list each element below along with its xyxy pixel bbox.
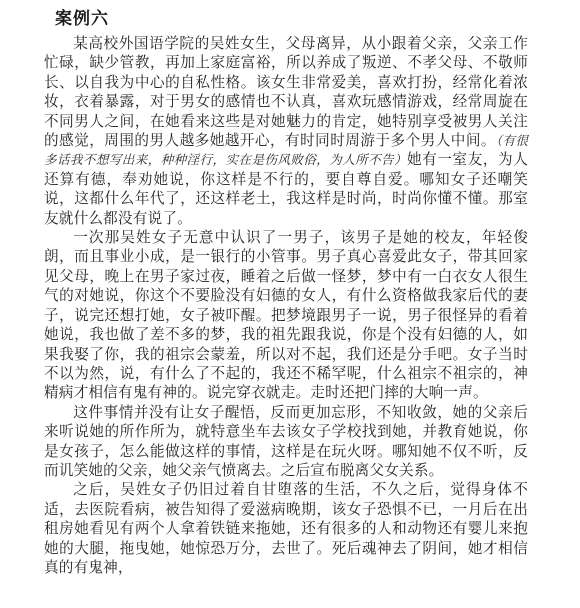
- document-title: 案例六: [55, 8, 528, 30]
- document-page: 案例六 某高校外国语学院的吴姓女生，父母离异，从小跟着父亲，父亲工作忙碌，缺少管…: [0, 0, 580, 608]
- paragraph-1: 某高校外国语学院的吴姓女生，父母离异，从小跟着父亲，父亲工作忙碌，缺少管教，再加…: [44, 35, 528, 229]
- paragraph-4: 之后，吴姓女子仍旧过着自甘堕落的生活，不久之后，觉得身体不适，去医院看病，被告知…: [44, 481, 528, 578]
- paragraph-2: 一次那吴姓女子无意中认识了一男子，该男子是她的校友，年轻俊朗，而且事业小成，是一…: [44, 229, 528, 404]
- paragraph-1-main: 某高校外国语学院的吴姓女生，父母离异，从小跟着父亲，父亲工作忙碌，缺少管教，再加…: [44, 36, 528, 149]
- paragraph-3: 这件事情并没有让女子醒悟，反而更加忘形，不知收敛，她的父亲后来听说她的所作所为，…: [44, 404, 528, 482]
- text-block: 案例六 某高校外国语学院的吴姓女生，父母离异，从小跟着父亲，父亲工作忙碌，缺少管…: [44, 8, 528, 578]
